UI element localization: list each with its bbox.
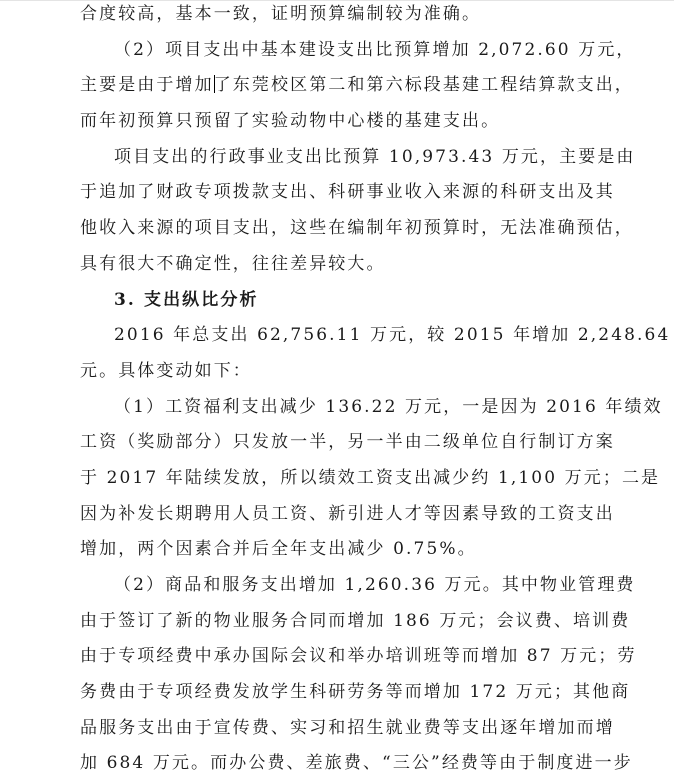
text-line: 于追加了财政专项拨款支出、科研事业收入来源的科研支出及其 [80,175,600,211]
text-line: 因为补发长期聘用人员工资、新引进人才等因素导致的工资支出 [80,497,600,533]
text-line: 他收入来源的项目支出，这些在编制年初预算时，无法准确预估， [80,211,600,247]
text-after-cursor: 了东莞校区第二和第六标段基建工程结算款支出， [214,75,634,95]
text-line: 加 684 万元。而办公费、差旅费、“三公”经费等由于制度进一步 [80,746,600,779]
text-line: 于 2017 年陆续发放，所以绩效工资支出减少约 1,100 万元；二是 [80,461,600,497]
text-line: 增加，两个因素合并后全年支出减少 0.75%。 [80,532,600,568]
paragraph-total-expenditure: 2016 年总支出 62,756.11 万元，较 2015 年增加 2,248.… [80,318,600,354]
text-line: 合度较高，基本一致，证明预算编制较为准确。 [80,0,600,33]
text-line: 由于签订了新的物业服务合同而增加 186 万元；会议费、培训费 [80,604,600,640]
paragraph-administrative-expenditure: 项目支出的行政事业支出比预算 10,973.43 万元，主要是由 [80,140,600,176]
text-before-cursor: 主要是由于增加 [80,75,214,95]
text-line: 具有很大不确定性，往往差异较大。 [80,247,600,283]
text-line: 由于专项经费中承办国际会议和举办培训班等而增加 87 万元；劳 [80,639,600,675]
text-line: 务费由于专项经费发放学生科研劳务等而增加 172 万元；其他商 [80,675,600,711]
section-heading-expenditure-analysis: 3. 支出纵比分析 [80,283,600,319]
text-line: 元。具体变动如下： [80,354,600,390]
text-line: 工资（奖励部分）只发放一半，另一半由二级单位自行制订方案 [80,425,600,461]
text-line-with-cursor[interactable]: 主要是由于增加了东莞校区第二和第六标段基建工程结算款支出， [80,68,600,104]
text-line: 而年初预算只预留了实验动物中心楼的基建支出。 [80,104,600,140]
paragraph-item-2-capital-construction: （2）项目支出中基本建设支出比预算增加 2,072.60 万元， [80,33,600,69]
document-page[interactable]: 合度较高，基本一致，证明预算编制较为准确。 （2）项目支出中基本建设支出比预算增… [80,0,600,779]
text-line: 品服务支出由于宣传费、实习和招生就业费等支出逐年增加而增 [80,711,600,747]
paragraph-item-2-goods-services: （2）商品和服务支出增加 1,260.36 万元。其中物业管理费 [80,568,600,604]
paragraph-item-1-salary: （1）工资福利支出减少 136.22 万元，一是因为 2016 年绩效 [80,390,600,426]
